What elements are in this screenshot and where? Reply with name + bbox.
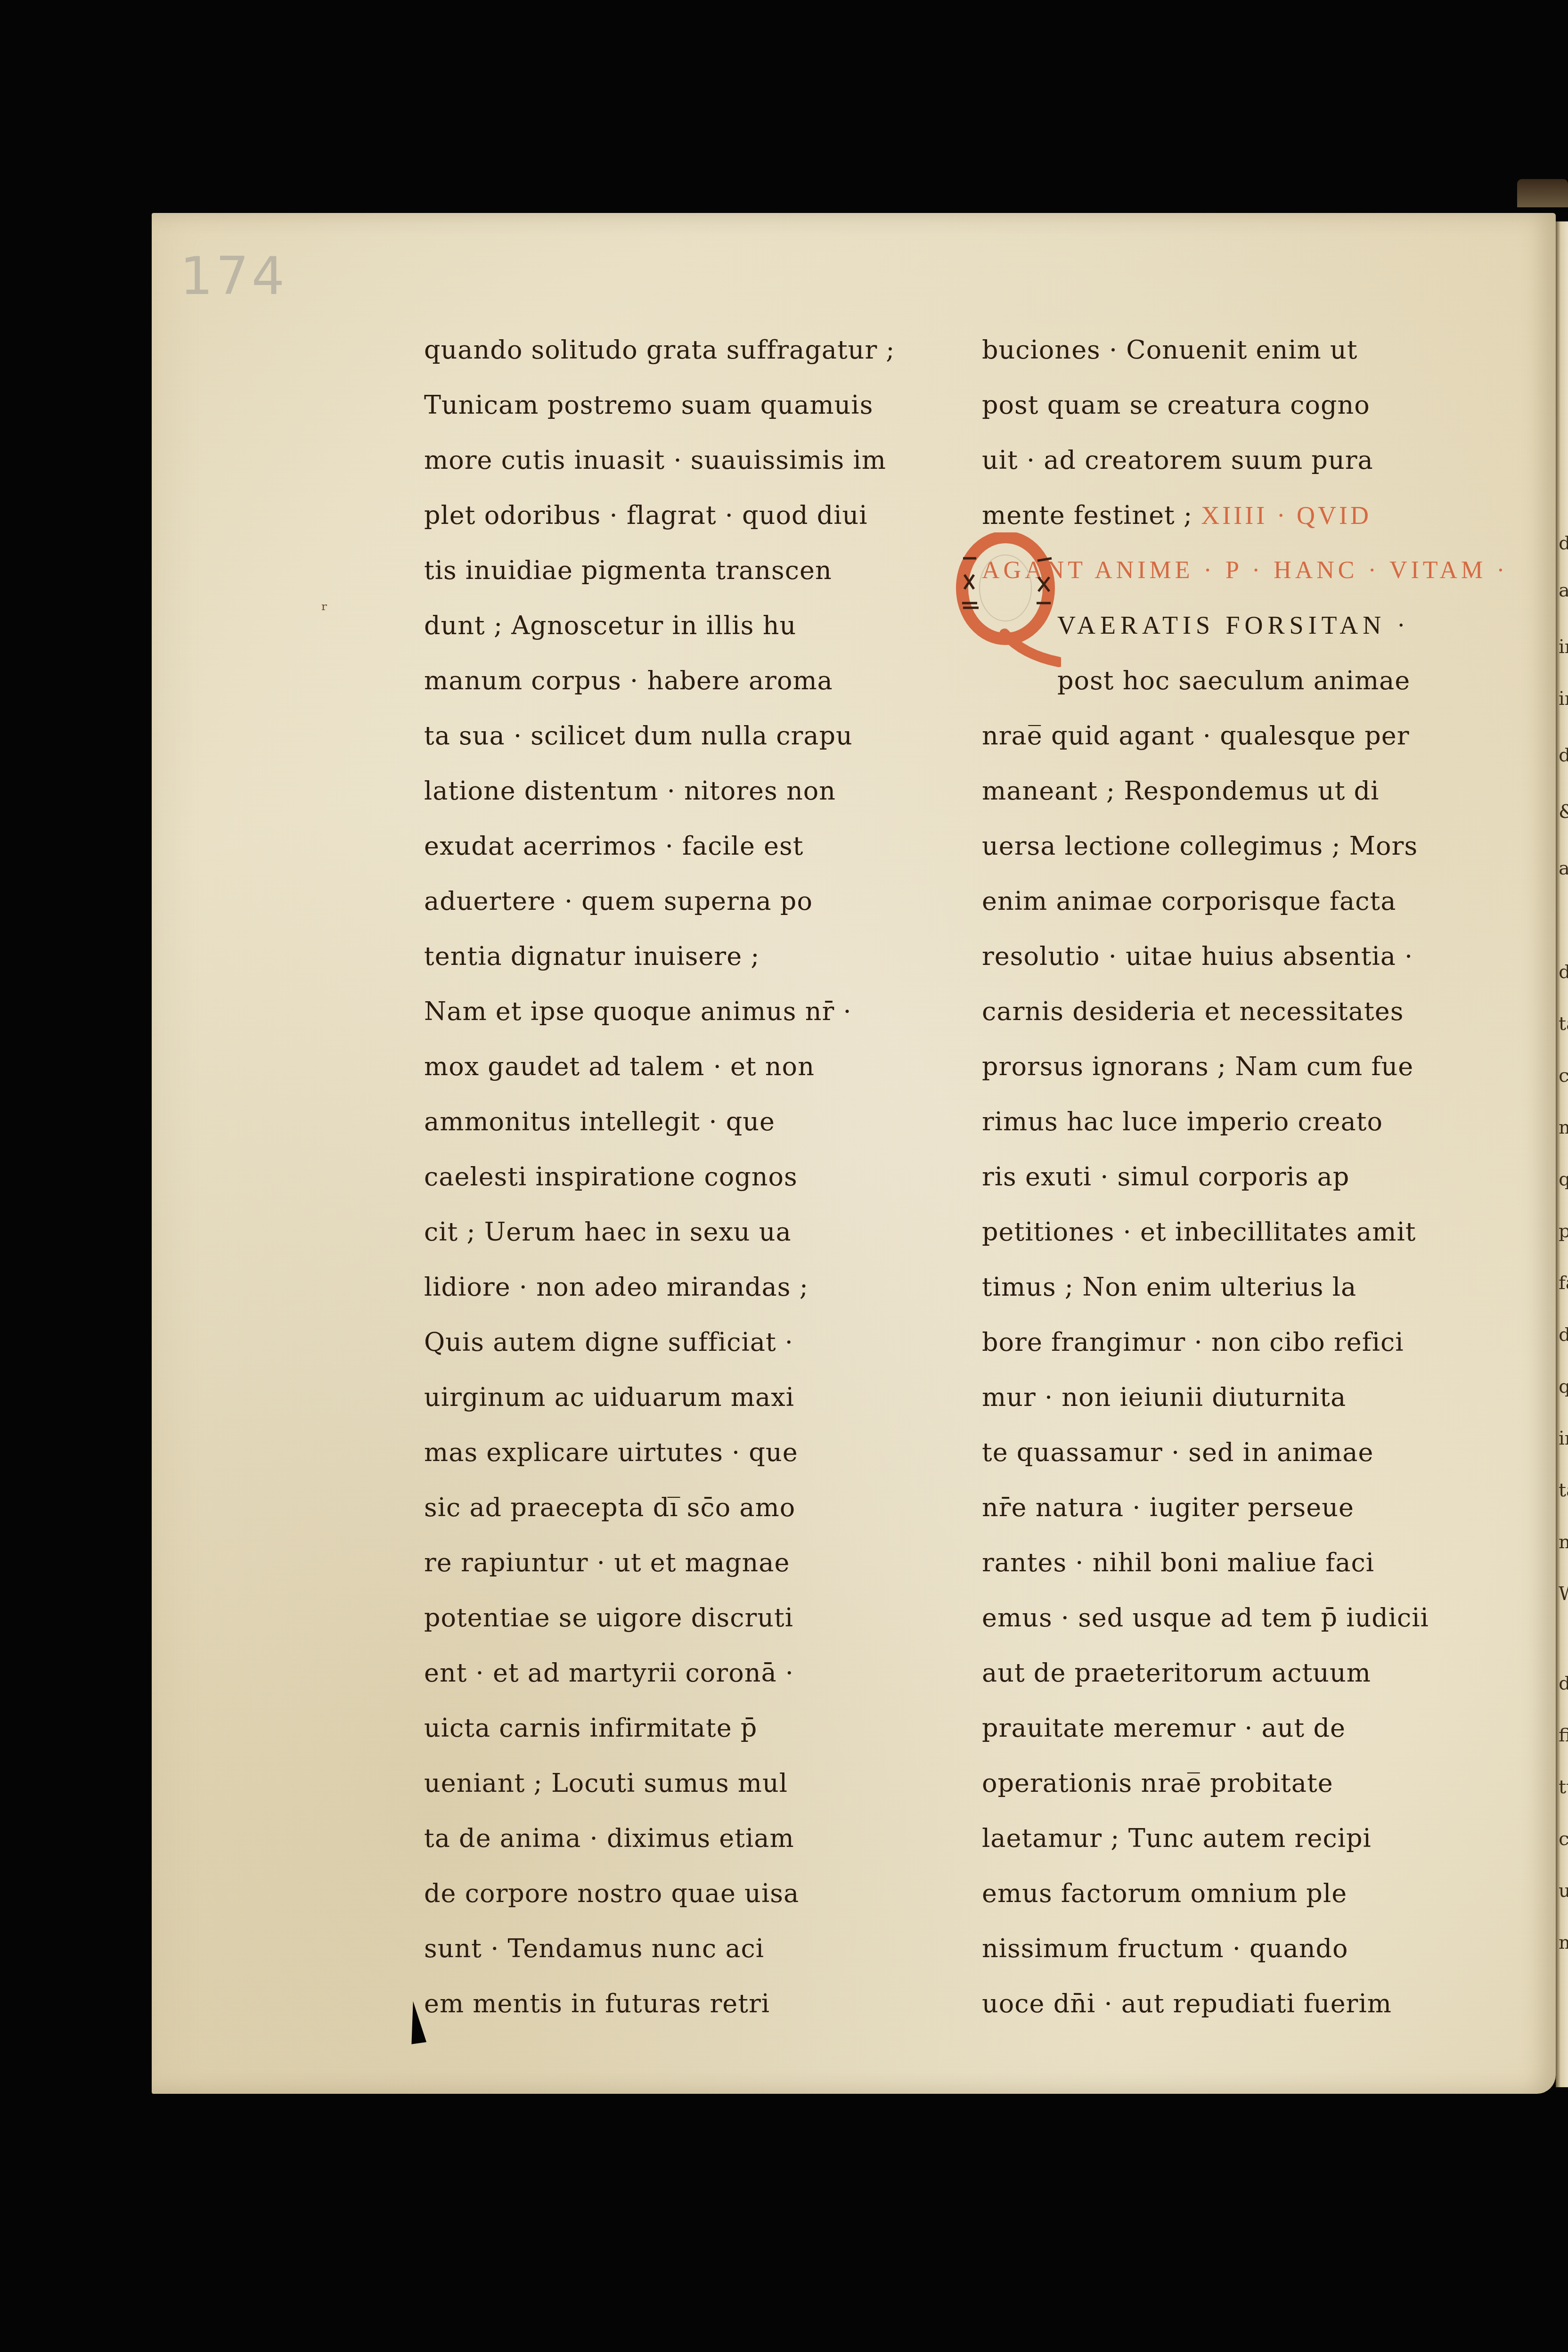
text-line: aduertere · quem superna po [424,874,933,929]
text-line: quando solitudo grata suffragatur ; [424,322,933,377]
text-line: bore frangimur · non cibo refici [982,1315,1505,1370]
facing-text-fragment: ir [1559,636,1568,658]
text-line: emus factorum omnium ple [982,1866,1505,1921]
text-line: de corpore nostro quae uisa [424,1866,933,1921]
text-line: re rapiuntur · ut et magnae [424,1535,933,1590]
text-line: buciones · Conuenit enim ut [982,322,1505,377]
text-column-left: quando solitudo grata suffragatur ; Tuni… [424,322,933,2031]
facing-text-fragment: ta [1559,1479,1568,1501]
text-line: cit ; Uerum haec in sexu ua [424,1204,933,1259]
text-line: operationis nrae̅ probitate [982,1756,1505,1811]
text-line: ta sua · scilicet dum nulla crapu [424,708,933,763]
facing-text-fragment: pa [1559,1220,1568,1242]
text-line: Nam et ipse quoque animus nr̄ · [424,984,933,1039]
text-line: maneant ; Respondemus ut di [982,763,1505,818]
text-line: uicta carnis infirmitate p̄ [424,1700,933,1756]
text-line: Quis autem digne sufficiat · [424,1315,933,1370]
facing-text-fragment: inc [1559,1428,1568,1449]
text-line: mur · non ieiunii diuturnita [982,1370,1505,1425]
facing-text-fragment: qu [1559,1376,1568,1397]
text-line: petitiones · et inbecillitates amit [982,1204,1505,1259]
facing-text-fragment: na [1559,1531,1568,1553]
facing-page-edge: d a ir ir de & an die tac ce mi qua pa f… [1556,221,1568,2087]
text-line: te quassamur · sed in animae [982,1425,1505,1480]
folio-number: 174 [180,246,287,306]
text-fragment: mente festinet ; [982,500,1192,530]
decorated-initial-q-icon [953,532,1061,669]
facing-text-fragment: ir [1559,688,1568,710]
text-line: emus · sed usque ad tem p̄ iudicii [982,1590,1505,1645]
facing-text-fragment: mi [1559,1117,1568,1138]
text-line: nrae̅ quid agant · qualesque per [982,708,1505,763]
text-line: sic ad praecepta di̅ sc̄o amo [424,1480,933,1535]
text-line: uoce dn̄i · aut repudiati fuerim [982,1976,1505,2031]
facing-text-fragment: W [1559,1583,1568,1605]
text-line: rimus hac luce imperio creato [982,1094,1505,1149]
text-line: ent · et ad martyrii coronā · [424,1645,933,1700]
facing-text-fragment: fir [1559,1724,1568,1746]
facing-text-fragment: an [1559,857,1568,879]
text-line: Tunicam postremo suam quamuis [424,377,933,433]
text-line: nr̄e natura · iugiter perseue [982,1480,1505,1535]
text-line: uersa lectione collegimus ; Mors [982,818,1505,874]
facing-text-fragment: & [1559,801,1568,823]
text-line: uit · ad creatorem suum pura [982,433,1505,488]
manuscript-folio: 174 ʳ quando solitudo grata suffragatur … [152,213,1556,2094]
facing-text-fragment: d [1559,1673,1568,1694]
facing-text-fragment: d [1559,532,1568,554]
text-line: exudat acerrimos · facile est [424,818,933,874]
margin-mark: ʳ [321,599,328,621]
text-line: uirginum ac uiduarum maxi [424,1370,933,1425]
text-line: prauitate meremur · aut de [982,1700,1505,1756]
text-line: dunt ; Agnoscetur in illis hu [424,598,933,653]
binding-edge [1517,179,1568,207]
facing-text-fragment: dol [1559,1324,1568,1346]
text-line: latione distentum · nitores non [424,763,933,818]
text-line: rantes · nihil boni maliue faci [982,1535,1505,1590]
text-line: potentiae se uigore discruti [424,1590,933,1645]
facing-text-fragment: a [1559,580,1568,601]
text-line: post quam se creatura cogno [982,377,1505,433]
text-line: enim animae corporisque facta [982,874,1505,929]
text-line: laetamur ; Tunc autem recipi [982,1811,1505,1866]
facing-text-fragment: tac [1559,1013,1568,1035]
text-line: ueniant ; Locuti sumus mul [424,1756,933,1811]
facing-text-fragment: ce [1559,1065,1568,1086]
facing-text-fragment: cod [1559,1828,1568,1850]
text-line: mas explicare uirtutes · que [424,1425,933,1480]
facing-text-fragment: um [1559,1880,1568,1902]
chapter-title-part1: QVID [1297,501,1372,530]
facing-text-fragment: de [1559,744,1568,766]
parchment-hole [406,2000,426,2044]
text-line: ris exuti · simul corporis ap [982,1149,1505,1204]
text-line: more cutis inuasit · suauissimis im [424,433,933,488]
text-line: ta de anima · diximus etiam [424,1811,933,1866]
text-line: lidiore · non adeo mirandas ; [424,1259,933,1315]
text-line: tis inuidiae pigmenta transcen [424,543,933,598]
text-line: manum corpus · habere aroma [424,653,933,708]
text-line: prorsus ignorans ; Nam cum fue [982,1039,1505,1094]
text-line: plet odoribus · flagrat · quod diui [424,488,933,543]
facing-text-fragment: fau [1559,1272,1568,1294]
text-line: nissimum fructum · quando [982,1921,1505,1976]
text-line: resolutio · uitae huius absentia · [982,929,1505,984]
text-line: ammonitus intellegit · que [424,1094,933,1149]
text-line: caelesti inspiratione cognos [424,1149,933,1204]
facing-text-fragment: tu [1559,1776,1568,1798]
text-line: timus ; Non enim ulterius la [982,1259,1505,1315]
facing-text-fragment: die [1559,961,1568,983]
chapter-number: XIIII · [1201,501,1288,530]
text-line: aut de praeteritorum actuum [982,1645,1505,1700]
text-line: mox gaudet ad talem · et non [424,1039,933,1094]
facing-text-fragment: qua [1559,1168,1568,1190]
text-line: tentia dignatur inuisere ; [424,929,933,984]
facing-text-fragment: mu [1559,1932,1568,1953]
text-line: sunt · Tendamus nunc aci [424,1921,933,1976]
text-line: em mentis in futuras retri [424,1976,933,2031]
text-line: carnis desideria et necessitates [982,984,1505,1039]
